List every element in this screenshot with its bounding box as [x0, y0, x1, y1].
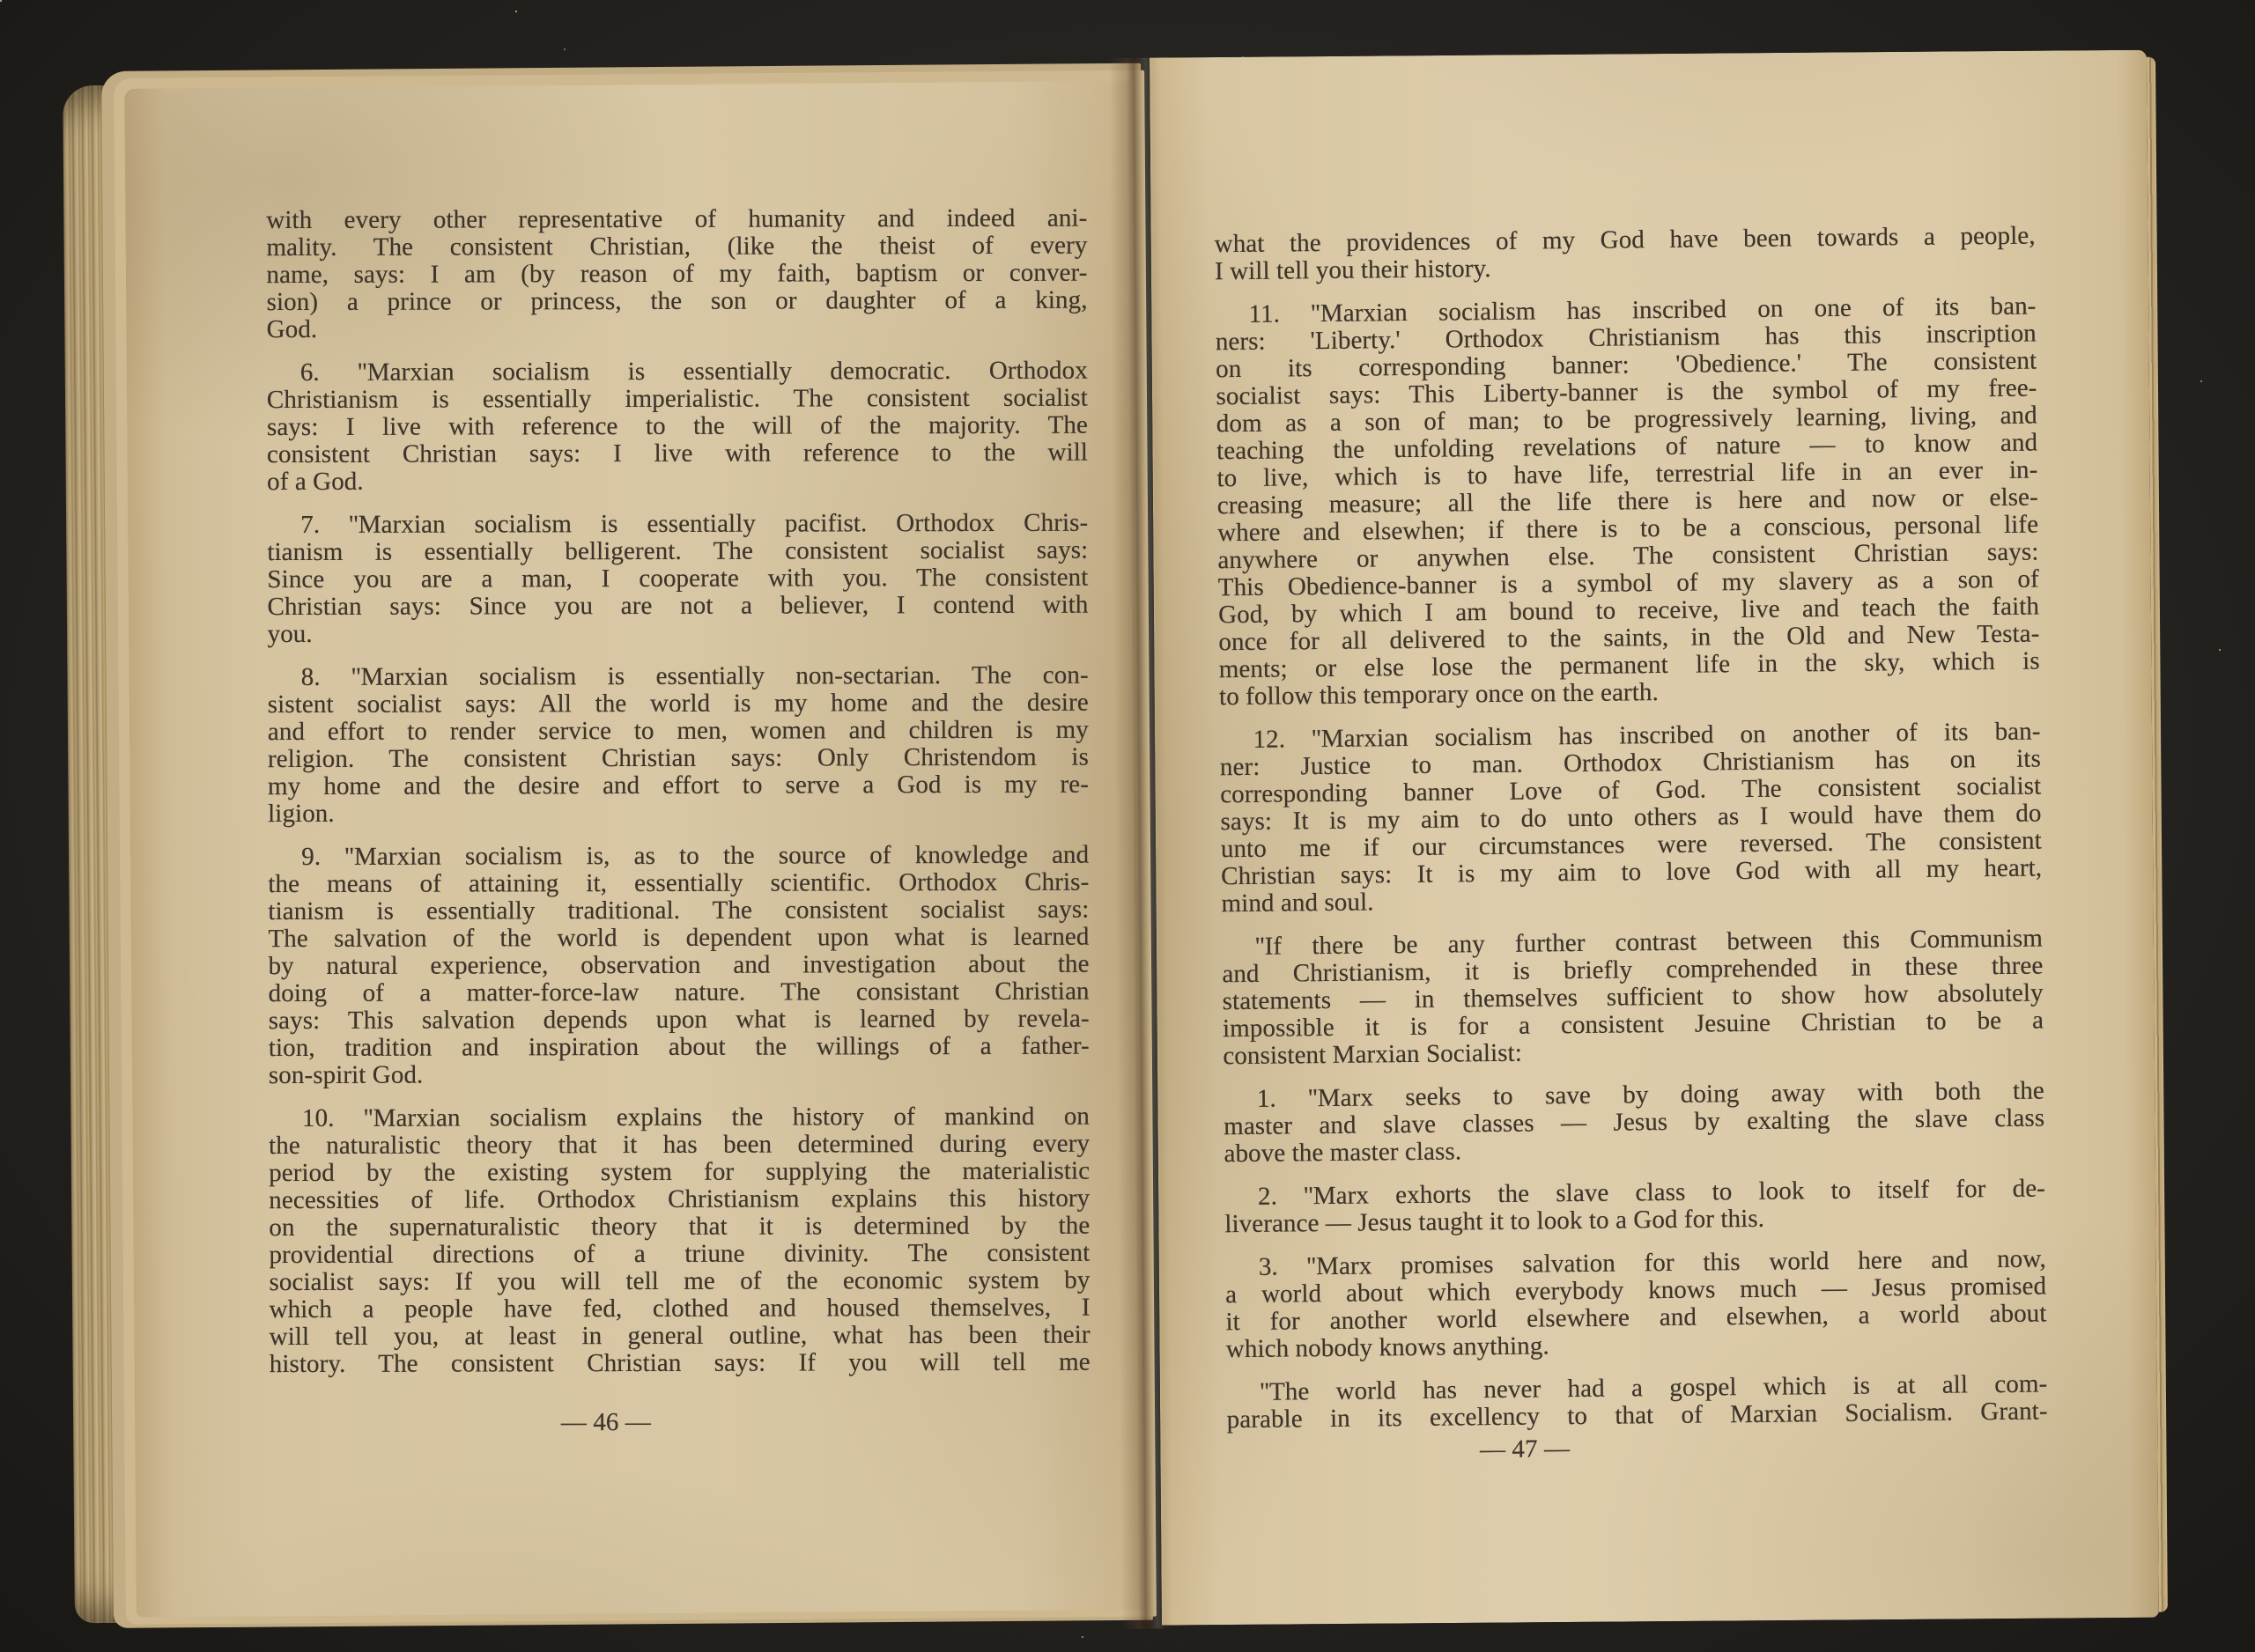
left-page-text: with every other representative of human…: [266, 205, 1091, 1437]
text-line: the naturalistic theory that it has been…: [269, 1131, 1090, 1160]
text-line: son-spirit God.: [269, 1060, 1090, 1089]
paragraph: 9. ''Marxian socialism is, as to the sou…: [268, 842, 1090, 1089]
text-line: 8. ''Marxian socialism is essentially no…: [268, 662, 1089, 691]
text-line: mality. The consistent Christian, (like …: [266, 232, 1087, 262]
text-line: socialist says: If you will tell me of t…: [269, 1267, 1090, 1296]
text-line: God.: [267, 314, 1088, 343]
text-line: tianism is essentially belligerent. The …: [267, 537, 1088, 566]
paragraph: 12. ''Marxian socialism has inscribed on…: [1219, 718, 2042, 918]
right-page-paragraphs: what the providences of my God have been…: [1215, 223, 2048, 1434]
text-line: 7. ''Marxian socialism is essentially pa…: [267, 510, 1088, 539]
text-line: of a God.: [267, 467, 1088, 496]
text-line: by natural experience, observation and i…: [269, 951, 1090, 980]
text-line: history. The consistent Christian says: …: [270, 1349, 1091, 1378]
text-line: name, says: I am (by reason of my faith,…: [266, 260, 1087, 289]
text-line: providential directions of a triune divi…: [269, 1240, 1090, 1269]
text-line: religion. The consistent Christian says:…: [268, 744, 1089, 773]
text-line: with every other representative of human…: [266, 205, 1087, 234]
text-line: 9. ''Marxian socialism is, as to the sou…: [268, 842, 1089, 871]
left-page: with every other representative of human…: [124, 81, 1142, 1618]
text-line: Since you are a man, I cooperate with yo…: [267, 564, 1088, 594]
right-page: what the providences of my God have been…: [1150, 50, 2159, 1626]
text-line: on the supernaturalistic theory that it …: [269, 1213, 1090, 1242]
dust-specks: [0, 0, 2, 2]
text-line: which a people have fed, clothed and hou…: [270, 1294, 1091, 1324]
text-line: period by the existing system for supply…: [269, 1158, 1090, 1187]
text-line: sion) a prince or princess, the son or d…: [267, 287, 1088, 316]
book-spread: with every other representative of human…: [63, 50, 2161, 1638]
paragraph: 7. ''Marxian socialism is essentially pa…: [267, 510, 1088, 648]
text-line: necessities of life. Orthodox Christiani…: [269, 1185, 1090, 1214]
text-line: you.: [268, 619, 1089, 648]
text-line: 10. ''Marxian socialism explains the his…: [269, 1103, 1090, 1132]
text-line: tion, tradition and inspiration about th…: [269, 1033, 1090, 1062]
text-line: my home and the desire and effort to ser…: [268, 771, 1089, 800]
text-line: ligion.: [268, 799, 1089, 828]
paragraph: 10. ''Marxian socialism explains the his…: [269, 1103, 1091, 1378]
text-line: says: I live with reference to the will …: [267, 412, 1088, 441]
scan-background: with every other representative of human…: [0, 0, 2255, 1652]
text-line: consistent Christian says: I live with r…: [267, 439, 1088, 468]
page-number: — 47 —: [1114, 1432, 1935, 1468]
text-line: the means of attaining it, essentially s…: [268, 869, 1089, 898]
text-line: and effort to render service to men, wom…: [268, 717, 1089, 746]
paragraph: 8. ''Marxian socialism is essentially no…: [268, 662, 1089, 828]
paragraph: with every other representative of human…: [266, 205, 1087, 343]
paragraph: 11. ''Marxian socialism has inscribed on…: [1215, 293, 2040, 712]
text-line: Christian says: Since you are not a beli…: [267, 592, 1088, 621]
paragraph: 6. ''Marxian socialism is essentially de…: [267, 358, 1088, 496]
paragraph: 2. ''Marx exhorts the slave class to loo…: [1224, 1175, 2046, 1238]
text-line: sistent socialist says: All the world is…: [268, 690, 1089, 719]
paragraph: what the providences of my God have been…: [1215, 223, 2037, 286]
right-page-text: what the providences of my God have been…: [1215, 223, 2049, 1467]
paragraph: 3. ''Marx promises salvation for this wo…: [1225, 1245, 2047, 1363]
text-line: Christianism is essentially imperialisti…: [267, 385, 1088, 414]
left-page-paragraphs: with every other representative of human…: [266, 205, 1090, 1378]
text-line: will tell you, at least in general outli…: [270, 1322, 1091, 1351]
paragraph: ''The world has never had a gospel which…: [1226, 1370, 2048, 1434]
text-line: doing of a matter-force-law nature. The …: [269, 978, 1090, 1007]
text-line: 6. ''Marxian socialism is essentially de…: [267, 358, 1088, 387]
text-line: The salvation of the world is dependent …: [268, 924, 1089, 953]
page-number: — 46 —: [196, 1408, 1017, 1437]
text-line: says: This salvation depends upon what i…: [269, 1006, 1090, 1035]
paragraph: ''If there be any further contrast betwe…: [1222, 925, 2044, 1070]
text-line: tianism is essentially traditional. The …: [268, 896, 1089, 926]
paragraph: 1. ''Marx seeks to save by doing away wi…: [1224, 1077, 2045, 1168]
